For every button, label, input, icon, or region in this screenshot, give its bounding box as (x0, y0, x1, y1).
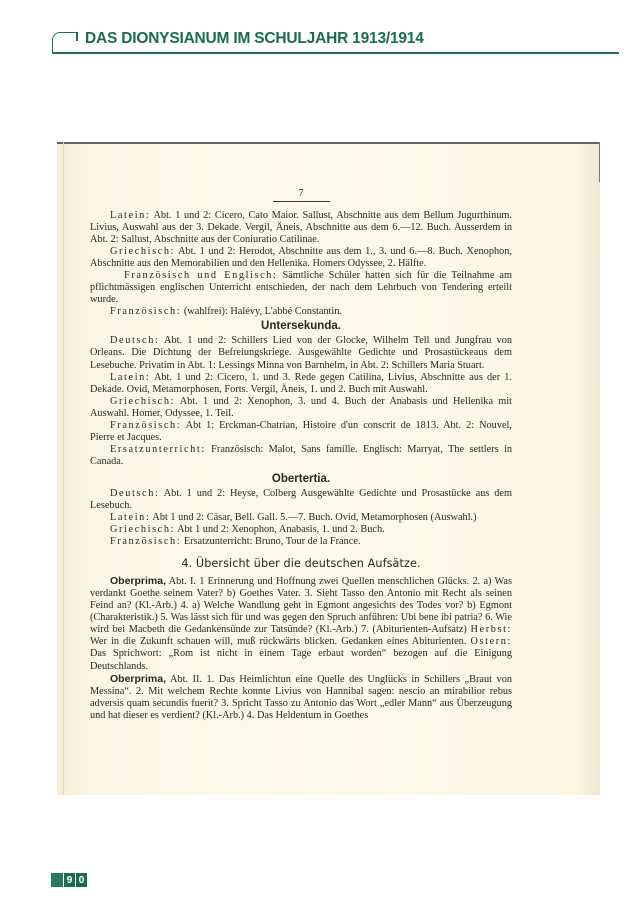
paragraph-franzoesisch: Französisch: Abt 1: Erckman-Chatrian, Hi… (90, 420, 512, 444)
folio-page-number: 9 0 (51, 873, 87, 887)
paragraph-oberprima-abt1: Oberprima, Abt. I. 1 Erinnerung und Hoff… (90, 575, 512, 672)
subject-label: Ersatzunterricht: (110, 444, 206, 455)
subject-label: Griechisch: (110, 246, 175, 257)
section-heading-aufsaetze: 4. Übersicht über die deutschen Aufsätze… (90, 557, 512, 570)
paragraph-franzoesisch: Französisch: (wahlfrei): Halévy, L'abbé … (90, 306, 512, 318)
paragraph-griechisch: Griechisch: Abt. 1 und 2: Herodot, Absch… (90, 246, 512, 270)
folio-block (51, 873, 63, 887)
paragraph-deutsch: Deutsch: Abt. 1 und 2: Heyse, Colberg Au… (90, 488, 512, 512)
scan-shadow-edge (599, 142, 601, 182)
subject-label: Latein: (110, 372, 150, 383)
class-label: Oberprima, (110, 673, 166, 685)
subject-label: Französisch: (110, 306, 181, 317)
scanned-page-image: 7 Latein: Abt. 1 und 2: Cicero, Cato Mai… (57, 142, 600, 795)
term-label-herbst: Herbst: (470, 624, 512, 635)
paragraph-griechisch: Griechisch: Abt 1 und 2: Xenophon, Anaba… (90, 524, 512, 536)
paragraph-griechisch: Griechisch: Abt. 1 und 2: Xenophon, 3. u… (90, 396, 512, 420)
paragraph-latein: Latein: Abt. 1 und 2: Cicero, 1. und 3. … (90, 372, 512, 396)
paragraph-ersatzunterricht: Ersatzunterricht: Französisch: Malot, Sa… (90, 444, 512, 468)
term-label-ostern: Ostern: (470, 636, 512, 647)
subject-label: Deutsch: (110, 335, 159, 346)
paragraph-latein: Latein: Abt 1 und 2: Cäsar, Bell. Gall. … (90, 512, 512, 524)
header-rule (52, 52, 619, 54)
folio-digit: 9 (64, 873, 75, 887)
folio-digit: 0 (76, 873, 87, 887)
subject-label: Latein: (110, 512, 150, 523)
subject-label: Französisch: (110, 420, 181, 431)
scanned-page-text: 7 Latein: Abt. 1 und 2: Cicero, Cato Mai… (90, 189, 512, 722)
header-bracket-ornament (52, 32, 76, 54)
running-header-title: DAS DIONYSIANUM IM SCHULJAHR 1913/1914 (85, 30, 424, 48)
heading-untersekunda: Untersekunda. (90, 320, 512, 333)
scan-binding-edge (63, 142, 64, 795)
subject-label: Französisch und Englisch: (124, 270, 278, 281)
class-label: Oberprima, (110, 575, 166, 587)
running-header: DAS DIONYSIANUM IM SCHULJAHR 1913/1914 (52, 28, 619, 54)
paragraph-latein: Latein: Abt. 1 und 2: Cicero, Cato Maior… (90, 210, 512, 246)
subject-label: Griechisch: (110, 396, 175, 407)
subject-label: Deutsch: (110, 488, 159, 499)
subject-label: Griechisch: (110, 524, 175, 535)
paragraph-oberprima-abt2: Oberprima, Abt. II. 1. Das Heimlichtun e… (90, 673, 512, 722)
paragraph-franzoesisch: Französisch: Ersatzunterricht: Bruno, To… (90, 536, 512, 548)
header-bracket-tick (76, 32, 78, 41)
subject-label: Französisch: (110, 536, 181, 547)
paragraph-franz-engl: Französisch und Englisch: Sämtliche Schü… (90, 270, 512, 306)
paragraph-deutsch: Deutsch: Abt. 1 und 2: Schillers Lied vo… (90, 335, 512, 371)
subject-label: Latein: (110, 210, 150, 221)
heading-obertertia: Obertertia. (90, 473, 512, 486)
scan-page-number: 7 (90, 189, 512, 202)
